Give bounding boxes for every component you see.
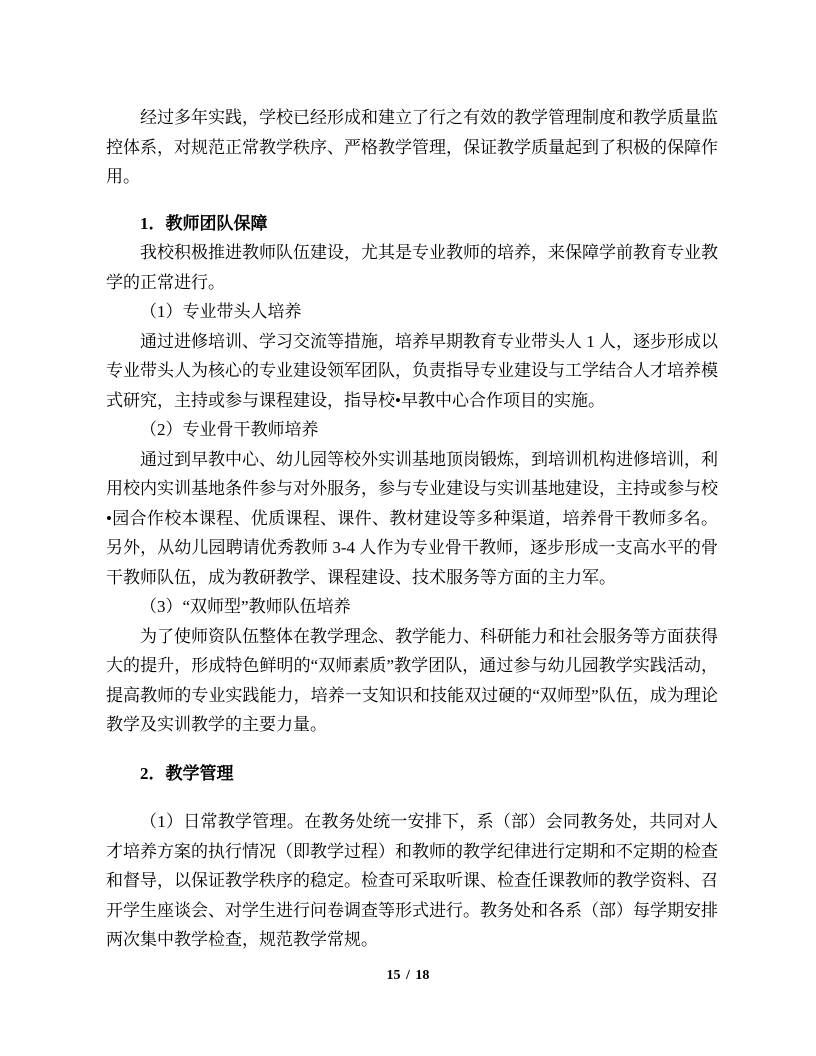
document-body: 经过多年实践，学校已经形成和建立了行之有效的教学管理制度和教学质量监控体系，对规… [106, 103, 718, 955]
page-number: 15 / 18 [0, 968, 816, 984]
subheading-leader-training: （1）专业带头人培养 [106, 297, 718, 327]
paragraph-daily-teaching-management: （1）日常教学管理。在教务处统一安排下，系（部）会同教务处，共同对人才培养方案的… [106, 807, 718, 955]
subheading-backbone-teachers: （2）专业骨干教师培养 [106, 415, 718, 445]
paragraph-dual-qualified-teachers: 为了使师资队伍整体在教学理念、教学能力、科研能力和社会服务等方面获得大的提升，形… [106, 622, 718, 740]
section-heading-teacher-team: 1．教师团队保障 [106, 209, 718, 239]
document-page: 经过多年实践，学校已经形成和建立了行之有效的教学管理制度和教学质量监控体系，对规… [0, 0, 816, 1056]
paragraph-leader-training: 通过进修培训、学习交流等措施，培养早期教育专业带头人 1 人，逐步形成以专业带头… [106, 327, 718, 416]
section-heading-teaching-management: 2．教学管理 [106, 759, 718, 789]
paragraph-intro: 经过多年实践，学校已经形成和建立了行之有效的教学管理制度和教学质量监控体系，对规… [106, 103, 718, 192]
paragraph-backbone-teachers: 通过到早教中心、幼儿园等校外实训基地顶岗锻炼，到培训机构进修培训，利用校内实训基… [106, 445, 718, 593]
paragraph-team-overview: 我校积极推进教师队伍建设，尤其是专业教师的培养，来保障学前教育专业教学的正常进行… [106, 238, 718, 297]
subheading-dual-qualified-teachers: （3）“双师型”教师队伍培养 [106, 592, 718, 622]
